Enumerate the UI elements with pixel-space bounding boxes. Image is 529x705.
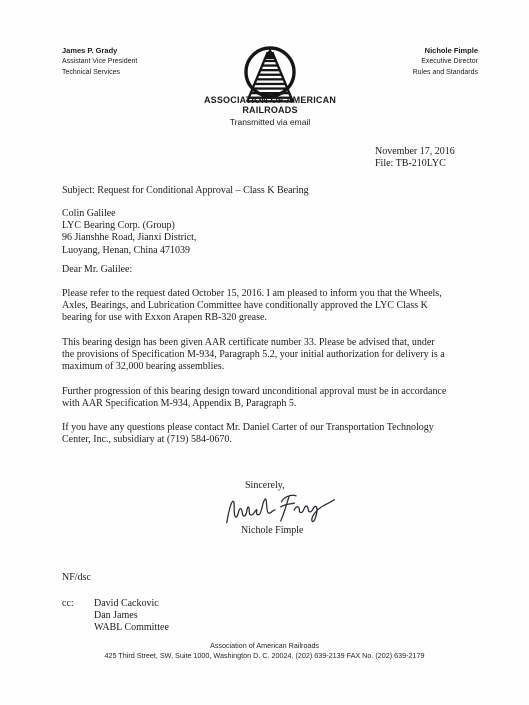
org-name-line1: ASSOCIATION OF AMERICAN xyxy=(170,95,370,105)
right-officer-name: Nichole Fimple xyxy=(413,46,478,57)
letterhead-right-officer: Nichole Fimple Executive Director Rules … xyxy=(413,46,478,78)
footer-address: 425 Third Street, SW, Suite 1000, Washin… xyxy=(0,651,529,661)
recipient-address-line: LYC Bearing Corp. (Group) xyxy=(62,220,196,232)
cc-recipient: David Cackovic xyxy=(94,598,169,610)
subject-line: Subject: Request for Conditional Approva… xyxy=(62,185,309,197)
cc-recipient: Dan James xyxy=(94,610,169,622)
letter-page: James P. Grady Assistant Vice President … xyxy=(0,0,529,705)
cc-recipient: WABL Committee xyxy=(94,622,169,634)
left-officer-department: Technical Services xyxy=(62,68,137,79)
typist-initials: NF/dsc xyxy=(62,572,91,584)
cc-label: cc: xyxy=(62,598,74,610)
body-paragraph: If you have any questions please contact… xyxy=(62,422,434,446)
signed-name: Nichole Fimple xyxy=(241,525,304,537)
right-officer-title: Executive Director xyxy=(413,57,478,68)
transmission-note: Transmitted via email xyxy=(170,117,370,127)
cc-list: David Cackovic Dan James WABL Committee xyxy=(94,598,169,635)
valediction: Sincerely, xyxy=(245,480,285,492)
recipient-address-line: Colin Galilee xyxy=(62,208,196,220)
footer-org-name: Association of American Railroads xyxy=(0,641,529,651)
dateline-block: November 17, 2016 File: TB-210LYC xyxy=(375,146,455,170)
date-line: November 17, 2016 xyxy=(375,146,455,158)
left-officer-name: James P. Grady xyxy=(62,46,137,57)
left-officer-title: Assistant Vice President xyxy=(62,57,137,68)
org-name-line2: RAILROADS xyxy=(170,105,370,115)
file-reference: File: TB-210LYC xyxy=(375,158,455,170)
salutation: Dear Mr. Galilee: xyxy=(62,264,132,276)
body-paragraph: This bearing design has been given AAR c… xyxy=(62,337,445,374)
recipient-address-line: Luoyang, Henan, China 471039 xyxy=(62,245,196,257)
body-paragraph: Please refer to the request dated Octobe… xyxy=(62,288,442,325)
recipient-address-line: 96 Jianshhe Road, Jianxi District, xyxy=(62,232,196,244)
right-officer-department: Rules and Standards xyxy=(413,68,478,79)
recipient-address: Colin Galilee LYC Bearing Corp. (Group) … xyxy=(62,208,196,257)
letterhead-left-officer: James P. Grady Assistant Vice President … xyxy=(62,46,137,78)
letterhead-org-block: ASSOCIATION OF AMERICAN RAILROADS Transm… xyxy=(170,95,370,127)
body-paragraph: Further progression of this bearing desi… xyxy=(62,386,446,410)
